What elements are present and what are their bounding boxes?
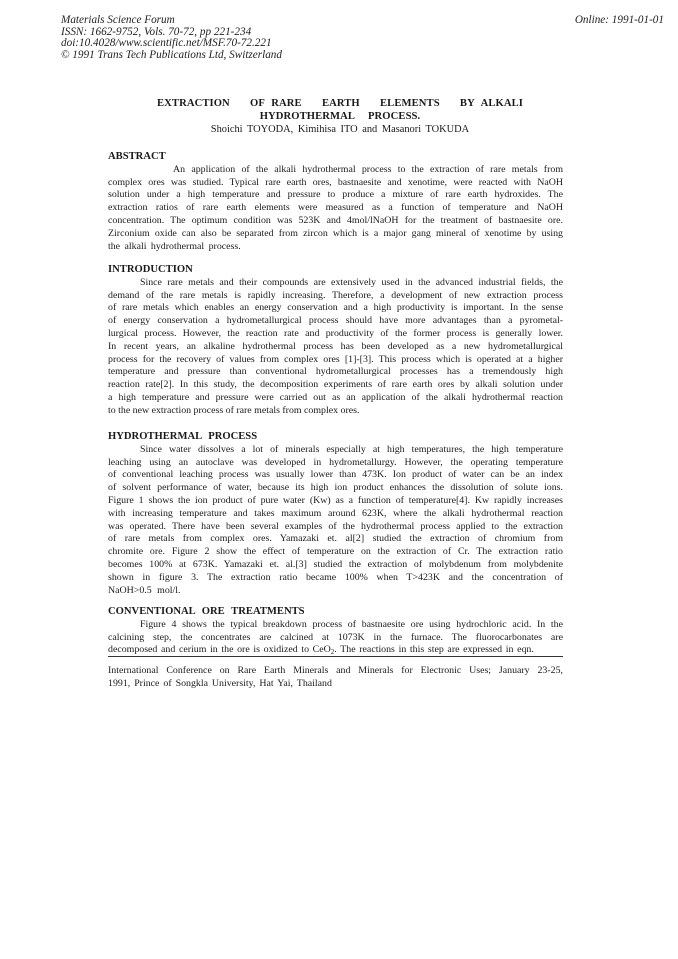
text-line: Since rare metals and their compounds ar… [108, 277, 563, 290]
text-line: solution under a high temperature and pr… [108, 189, 563, 202]
text-line: chromite ore. Figure 2 show the effect o… [108, 546, 563, 559]
text-line: leaching using an autoclave was develope… [108, 457, 563, 470]
text-line: with increasing temperature and takes ma… [108, 508, 563, 521]
author-list: Shoichi TOYODA, Kimihisa ITO and Masanor… [100, 124, 580, 137]
conference-footnote: International Conference on Rare Earth M… [108, 665, 563, 691]
section-heading: ABSTRACT [108, 151, 563, 164]
text-line: extraction ratios of rare earth elements… [108, 202, 563, 215]
hydrothermal-section: HYDROTHERMAL PROCESS Since water dissolv… [108, 431, 563, 597]
title-block: EXTRACTION OF RARE EARTH ELEMENTS BY ALK… [100, 98, 580, 136]
paper-title-line-2: HYDROTHERMAL PROCESS. [100, 111, 580, 124]
text-line: becomes 100% at 673K. Yamazaki et. al.[3… [108, 559, 563, 572]
text-line: demand of the rare metals is rapidly inc… [108, 290, 563, 303]
text-line: of rare metals which enables an energy c… [108, 302, 563, 315]
text-line: of rare metals from complex ores. Yamaza… [108, 533, 563, 546]
footnote-divider [108, 656, 563, 657]
text-line: NaOH>0.5 mol/l. [108, 585, 563, 598]
section-heading: HYDROTHERMAL PROCESS [108, 431, 563, 444]
text-line: calcining step, the concentrates are cal… [108, 632, 563, 645]
paper-title-line-1: EXTRACTION OF RARE EARTH ELEMENTS BY ALK… [100, 98, 580, 111]
text-line: of energy conservation a hydrometallurgi… [108, 315, 563, 328]
text-line: concentration. The optimum condition was… [108, 215, 563, 228]
text-line: temperature and pressure than convention… [108, 366, 563, 379]
text-line: In recent years, an alkaline hydrotherma… [108, 341, 563, 354]
text-fragment: decomposed and cerium in the ore is oxid… [108, 644, 331, 655]
text-line: Zirconium oxide can also be separated fr… [108, 228, 563, 241]
text-line: reaction rate[2]. In this study, the dec… [108, 379, 563, 392]
text-line: process for the recovery of values from … [108, 354, 563, 367]
online-date: Online: 1991-01-01 [575, 15, 664, 27]
text-line: the alkali hydrothermal process. [108, 241, 563, 254]
text-line: shown in figure 3. The extraction ratio … [108, 572, 563, 585]
text-line: International Conference on Rare Earth M… [108, 665, 563, 678]
copyright-notice: © 1991 Trans Tech Publications Ltd, Swit… [61, 50, 282, 62]
text-line: of solvent performance of water, because… [108, 482, 563, 495]
abstract-section: ABSTRACT An application of the alkali hy… [108, 151, 563, 253]
text-line: complex ores was studied. Typical rare e… [108, 177, 563, 190]
text-line: 1991, Prince of Songkla University, Hat … [108, 678, 563, 691]
text-line: of conventional leaching process was usu… [108, 469, 563, 482]
text-line: to the new extraction process of rare me… [108, 405, 563, 418]
introduction-section: INTRODUCTION Since rare metals and their… [108, 264, 563, 418]
text-line: a high temperature and pressure were car… [108, 392, 563, 405]
text-fragment: . The reactions in this step are express… [334, 644, 534, 655]
text-line: was operated. There have been several ex… [108, 521, 563, 534]
journal-header: Materials Science Forum ISSN: 1662-9752,… [61, 15, 282, 61]
text-line: An application of the alkali hydrotherma… [108, 164, 563, 177]
text-line: Figure 1 shows the ion product of pure w… [108, 495, 563, 508]
journal-name: Materials Science Forum [61, 15, 282, 27]
text-line: Figure 4 shows the typical breakdown pro… [108, 619, 563, 632]
conventional-treatments-section: CONVENTIONAL ORE TREATMENTS Figure 4 sho… [108, 606, 563, 657]
section-heading: INTRODUCTION [108, 264, 563, 277]
section-heading: CONVENTIONAL ORE TREATMENTS [108, 606, 563, 619]
text-line: lurgical process. However, the reaction … [108, 328, 563, 341]
text-line: Since water dissolves a lot of minerals … [108, 444, 563, 457]
